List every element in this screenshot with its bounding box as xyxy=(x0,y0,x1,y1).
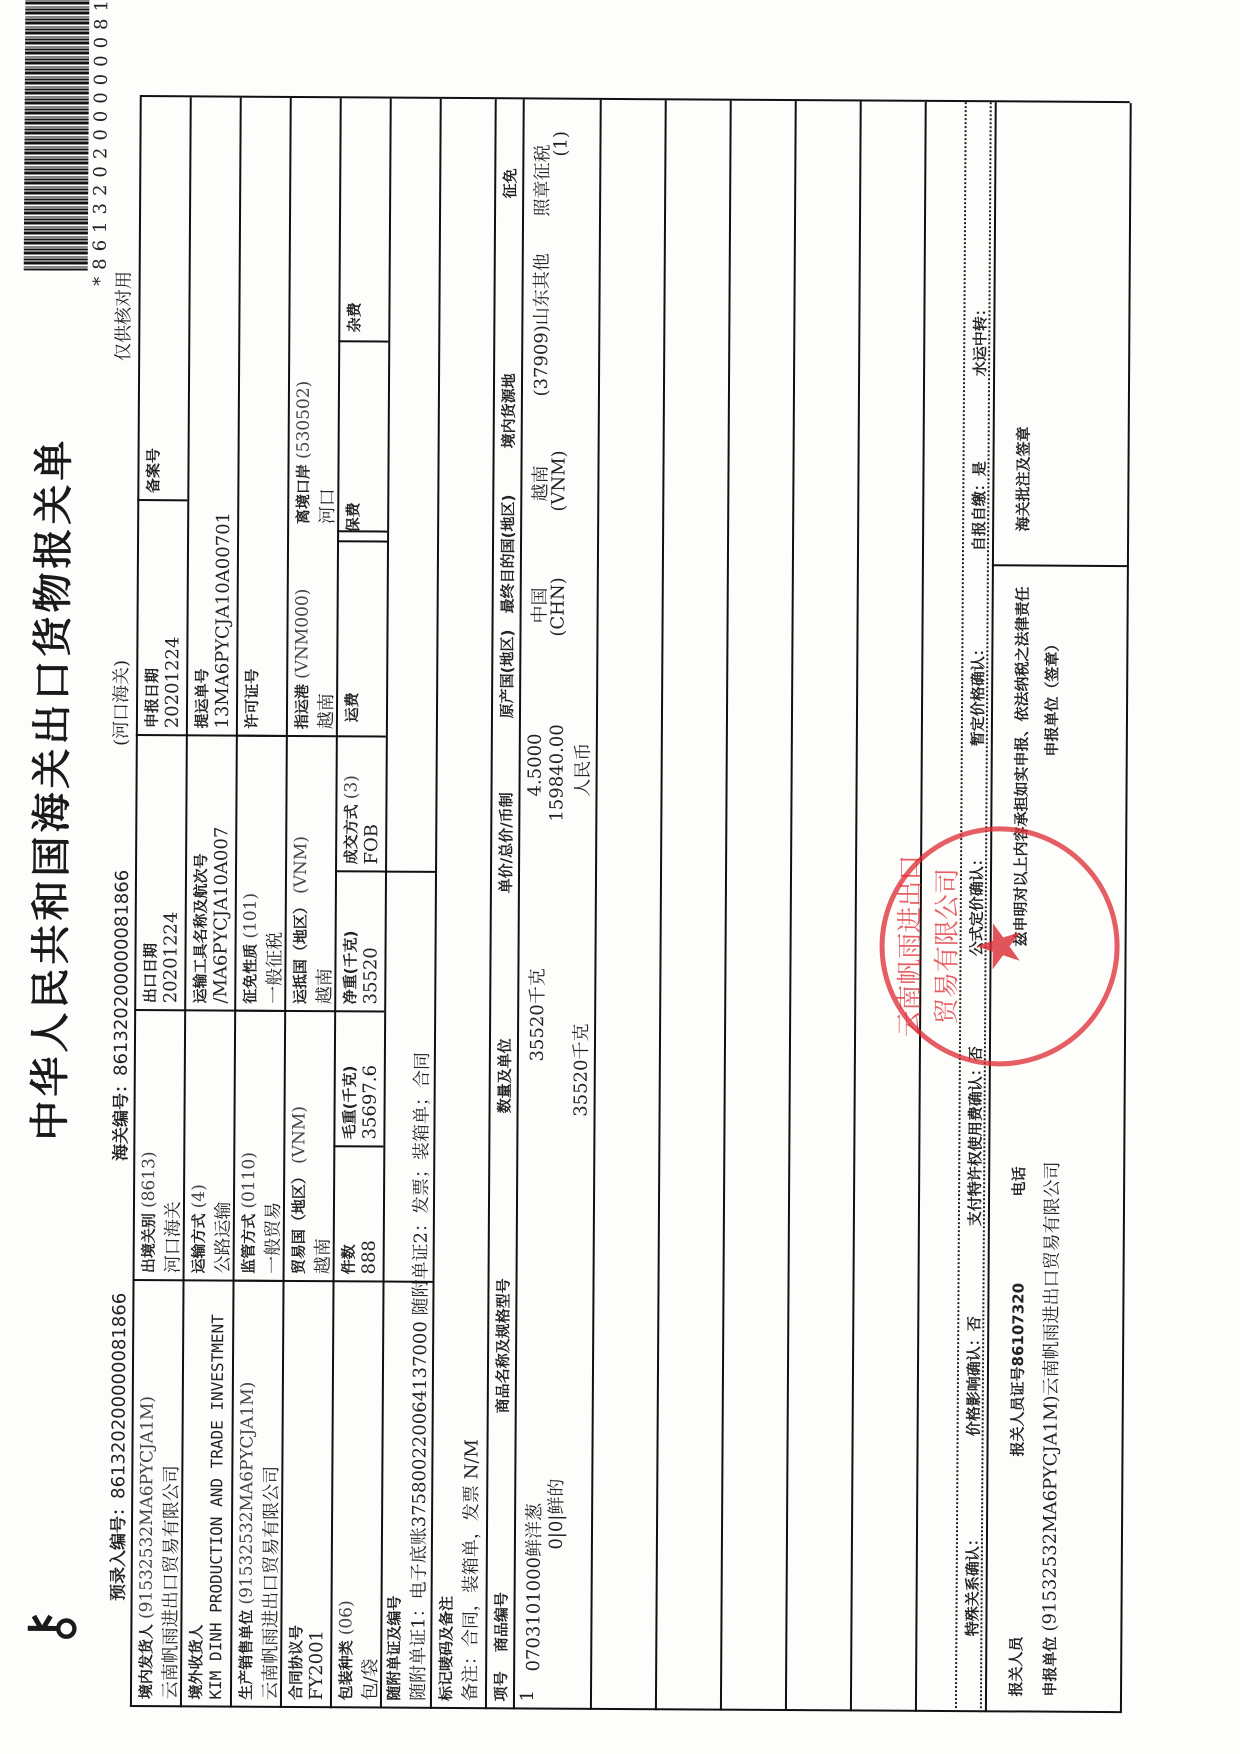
preentry-value: 861320200000081866 xyxy=(108,1293,130,1499)
label: 申报日期 xyxy=(143,668,161,728)
value: FY2001 xyxy=(306,1630,327,1700)
code: (91532532MA6PYCJA1M) xyxy=(237,1382,258,1605)
value: 35520 xyxy=(360,947,381,1004)
field-misc-fee: 杂费 xyxy=(343,302,364,332)
code: (101) xyxy=(241,893,261,939)
field-package-type: 包装种类 (06) 包/袋 xyxy=(335,1600,383,1700)
col-item-no: 项号 xyxy=(492,1671,510,1701)
field-contract-no: 合同协议号 FY2001 xyxy=(285,1625,327,1700)
label: 指运港 xyxy=(293,684,311,729)
value: KIM DINH PRODUCTION AND TRADE INVESTMENT xyxy=(206,1314,227,1699)
field-producer: 生产销售单位 (91532532MA6PYCJA1M) 云南帆雨进出口贸易有限公… xyxy=(235,1382,284,1700)
field-attached-docs: 随附单证及编号 随附单证1：电子底账375800220064137000 随附单… xyxy=(383,1052,434,1701)
label: 包装种类 xyxy=(337,1640,355,1700)
rotated-declaration-form: ⚷ 预录入编号：861320200000081866 中华人民共和国海关出口货物… xyxy=(0,0,1240,1754)
field-overseas-consignee: 境外收货人 KIM DINH PRODUCTION AND TRADE INVE… xyxy=(185,1314,227,1700)
label: 离境口岸 xyxy=(294,464,312,524)
code: (8613) xyxy=(139,1151,159,1208)
tax-exempt-code: (1) xyxy=(550,131,571,157)
label: 运输方式 xyxy=(190,1213,208,1273)
preentry-label: 预录入编号： xyxy=(109,1499,130,1601)
col-name-spec: 商品名称及规格型号 xyxy=(492,1278,514,1413)
preentry-number: 预录入编号：861320200000081866 xyxy=(104,1293,131,1601)
label: 许可证号 xyxy=(243,669,261,729)
customs-no-value: 861320200000081866 xyxy=(111,870,133,1076)
declarant-id: 报关人员证号861073​20 xyxy=(1006,1283,1028,1457)
hs-code: 0703101000 xyxy=(523,1557,545,1672)
label: 毛重(千克) xyxy=(340,1066,358,1140)
label: 征免性质 xyxy=(241,944,259,1004)
code: (VNM) xyxy=(289,1106,309,1164)
code: (3) xyxy=(341,775,361,799)
code: (VNM000) xyxy=(292,589,313,679)
col-price: 单价/总价/币制 xyxy=(495,792,517,893)
value: /MA6PYCJA10A007 xyxy=(210,827,232,1004)
customs-number: 海关编号：861320200000081866 xyxy=(106,870,133,1161)
domestic-source: (37909)山东其他 xyxy=(527,253,554,396)
code: (4) xyxy=(189,1184,209,1208)
label: 境外收货人 xyxy=(187,1624,205,1699)
currency: 人民币 xyxy=(568,743,594,797)
price-influence-confirm: 价格影响确认：否 xyxy=(963,1316,985,1436)
value: 备注：合同，装箱单，发票 N/M xyxy=(460,1439,483,1701)
customs-emblem-icon: ⚷ xyxy=(15,1606,85,1650)
customs-office: (河口海关) xyxy=(107,660,134,746)
value: 越南 xyxy=(316,693,337,729)
declare-unit-label: 申报单位 xyxy=(1041,1637,1059,1697)
field-gross-weight: 毛重(千克) 35697.6 xyxy=(338,1065,380,1140)
value: 20201224 xyxy=(160,912,182,1004)
col-final-dest: 最终目的国(地区) xyxy=(497,495,519,614)
field-bill-no: 提运单号 13MA6PYCJA10A00701 xyxy=(191,512,234,729)
code: (0110) xyxy=(239,1152,259,1209)
label: 监管方式 xyxy=(240,1214,258,1274)
total-price: 159840.00 xyxy=(546,724,568,821)
field-declare-date: 申报日期 20201224 xyxy=(141,636,184,728)
field-net-weight: 净重(千克) 35520 xyxy=(339,931,381,1005)
value: 越南 xyxy=(314,968,335,1004)
label: 杂费 xyxy=(345,302,363,332)
value: 13MA6PYCJA10A00701 xyxy=(212,512,234,729)
value: 云南帆雨进出口贸易有限公司 xyxy=(160,1465,182,1699)
label: 生产销售单位 xyxy=(237,1610,256,1700)
goods-header-row: 项号 商品编号 xyxy=(490,1592,512,1701)
label: 成交方式 xyxy=(342,804,360,864)
label: 运费 xyxy=(343,692,361,722)
table-row: 1 0703101000鲜洋葱 0|0|鲜的 35520千克 35520千克 4… xyxy=(517,101,597,1701)
field-supervision: 监管方式 (0110) 一般贸易 xyxy=(238,1152,286,1274)
col-qty-unit: 数量及单位 xyxy=(494,1038,515,1113)
field-trade-country: 贸易国（地区） (VNM) 越南 xyxy=(288,1106,336,1274)
field-marks: 标记唛码及备注 备注：合同，装箱单，发票 N/M xyxy=(435,1439,484,1701)
provisional-price-confirm: 暂定价格确认： xyxy=(967,641,989,746)
col-hs-code: 商品编号 xyxy=(492,1592,510,1652)
col-domestic-source: 境内货源地 xyxy=(498,373,519,448)
label: 出口日期 xyxy=(141,943,159,1003)
label: 合同协议号 xyxy=(287,1625,305,1700)
value: 云南帆雨进出口贸易有限公司 xyxy=(260,1466,282,1700)
field-freight: 运费 xyxy=(341,692,362,722)
field-tax-nature: 征免性质 (101) 一般征税 xyxy=(239,893,287,1004)
label: 提运单号 xyxy=(193,668,211,728)
label: 保费 xyxy=(344,502,362,532)
value: 随附单证1：电子底账375800220064137000 随附单证2：发票；装箱… xyxy=(408,1052,433,1701)
field-exit-port: 离境口岸 (530502) 河口 xyxy=(292,381,340,525)
document-page: ⚷ 预录入编号：861320200000081866 中华人民共和国海关出口货物… xyxy=(0,0,1240,1754)
value: 一般贸易 xyxy=(263,1202,284,1274)
label: 运输工具名称及航次号 xyxy=(191,853,210,1003)
page-title: 中华人民共和国海关出口货物报关单 xyxy=(18,436,79,1140)
barcode-icon xyxy=(24,0,90,271)
label: 备案号 xyxy=(144,448,162,493)
field-insurance: 保费 xyxy=(342,502,363,532)
verify-note: 仅供核对用 xyxy=(109,271,136,361)
item-no: 1 xyxy=(517,1690,538,1702)
value: 河口 xyxy=(317,488,338,524)
barcode-text: *861320200000081866* xyxy=(90,0,113,286)
barcode xyxy=(24,0,90,271)
field-license-no: 许可证号 xyxy=(241,669,262,729)
value: 越南 xyxy=(313,1238,334,1274)
customs-no-label: 海关编号： xyxy=(111,1076,132,1161)
declare-unit: 申报单位 (91532532MA6PYCJA1M)云南帆雨进出口贸易有限公司 xyxy=(1035,1161,1064,1696)
code: (530502) xyxy=(294,381,314,459)
final-dest-code: (VNM) xyxy=(548,450,569,511)
customs-seal-label: 海关批注及签章 xyxy=(1012,426,1034,531)
col-tax-exempt: 征免 xyxy=(499,168,520,198)
value: 河口海关 xyxy=(163,1201,184,1273)
goods-spec: 0|0|鲜的 xyxy=(542,1478,568,1549)
code: (91532532MA6PYCJA1M) xyxy=(136,1396,157,1619)
field-port-dest: 指运港 (VNM000) 越南 xyxy=(291,589,339,730)
field-transport-name: 运输工具名称及航次号 /MA6PYCJA10A007 xyxy=(189,826,232,1003)
declarant-label: 报关人员 xyxy=(1005,1636,1026,1696)
code: (VNM) xyxy=(291,836,311,894)
value: 888 xyxy=(359,1240,380,1274)
special-relation-confirm: 特殊关系确认： xyxy=(961,1531,983,1636)
col-origin: 原产国(地区) xyxy=(496,630,518,719)
label: 件数 xyxy=(340,1244,358,1274)
field-transport-mode: 运输方式 (4) 公路运输 xyxy=(188,1184,236,1273)
value: 公路运输 xyxy=(213,1202,234,1274)
unit-seal-label: 申报单位（签章） xyxy=(1041,637,1063,757)
field-record-no: 备案号 xyxy=(142,448,163,493)
value: FOB xyxy=(361,824,382,865)
value: 20201224 xyxy=(162,637,184,729)
field-pieces: 件数 888 xyxy=(338,1240,380,1275)
field-exit-customs: 出境关别 (8613) 河口海关 xyxy=(138,1151,186,1273)
self-declare-confirm: 自报自缴：是 xyxy=(968,461,990,551)
label: 出境关别 xyxy=(140,1213,158,1273)
code: (06) xyxy=(336,1600,356,1635)
value: 一般征税 xyxy=(264,932,285,1004)
water-transit-confirm: 水运中转： xyxy=(969,301,990,376)
unit-price: 4.5000 xyxy=(524,733,545,796)
qty-declared: 35520千克 xyxy=(567,1023,594,1116)
label: 标记唛码及备注 xyxy=(437,1596,456,1701)
field-dest-country: 运抵国（地区） (VNM) 越南 xyxy=(289,836,337,1004)
label: 净重(千克) xyxy=(341,931,359,1005)
field-domestic-shipper: 境内发货人 (91532532MA6PYCJA1M) 云南帆雨进出口贸易有限公司 xyxy=(135,1396,184,1699)
value: 35697.6 xyxy=(359,1065,380,1140)
phone-label: 电话 xyxy=(1008,1166,1029,1196)
field-export-date: 出口日期 20201224 xyxy=(139,911,182,1003)
royalty-confirm: 支付特许权使用费确认：否 xyxy=(964,1046,986,1226)
label: 境内发货人 xyxy=(137,1624,155,1699)
label: 运抵国（地区） xyxy=(291,899,310,1004)
label: 贸易国（地区） xyxy=(290,1169,309,1274)
value: 包/袋 xyxy=(360,1658,381,1700)
stamp-text: 云南帆雨进出口贸易有限公司 xyxy=(889,846,964,1046)
origin-code: (CHN) xyxy=(547,577,568,636)
star-icon: ★ xyxy=(964,919,1034,973)
label: 随附单证及编号 xyxy=(385,1596,404,1701)
field-deal-mode: 成交方式 (3) FOB xyxy=(340,775,383,864)
declare-unit-value: (91532532MA6PYCJA1M)云南帆雨进出口贸易有限公司 xyxy=(1039,1161,1063,1631)
qty-legal: 35520千克 xyxy=(523,968,550,1061)
